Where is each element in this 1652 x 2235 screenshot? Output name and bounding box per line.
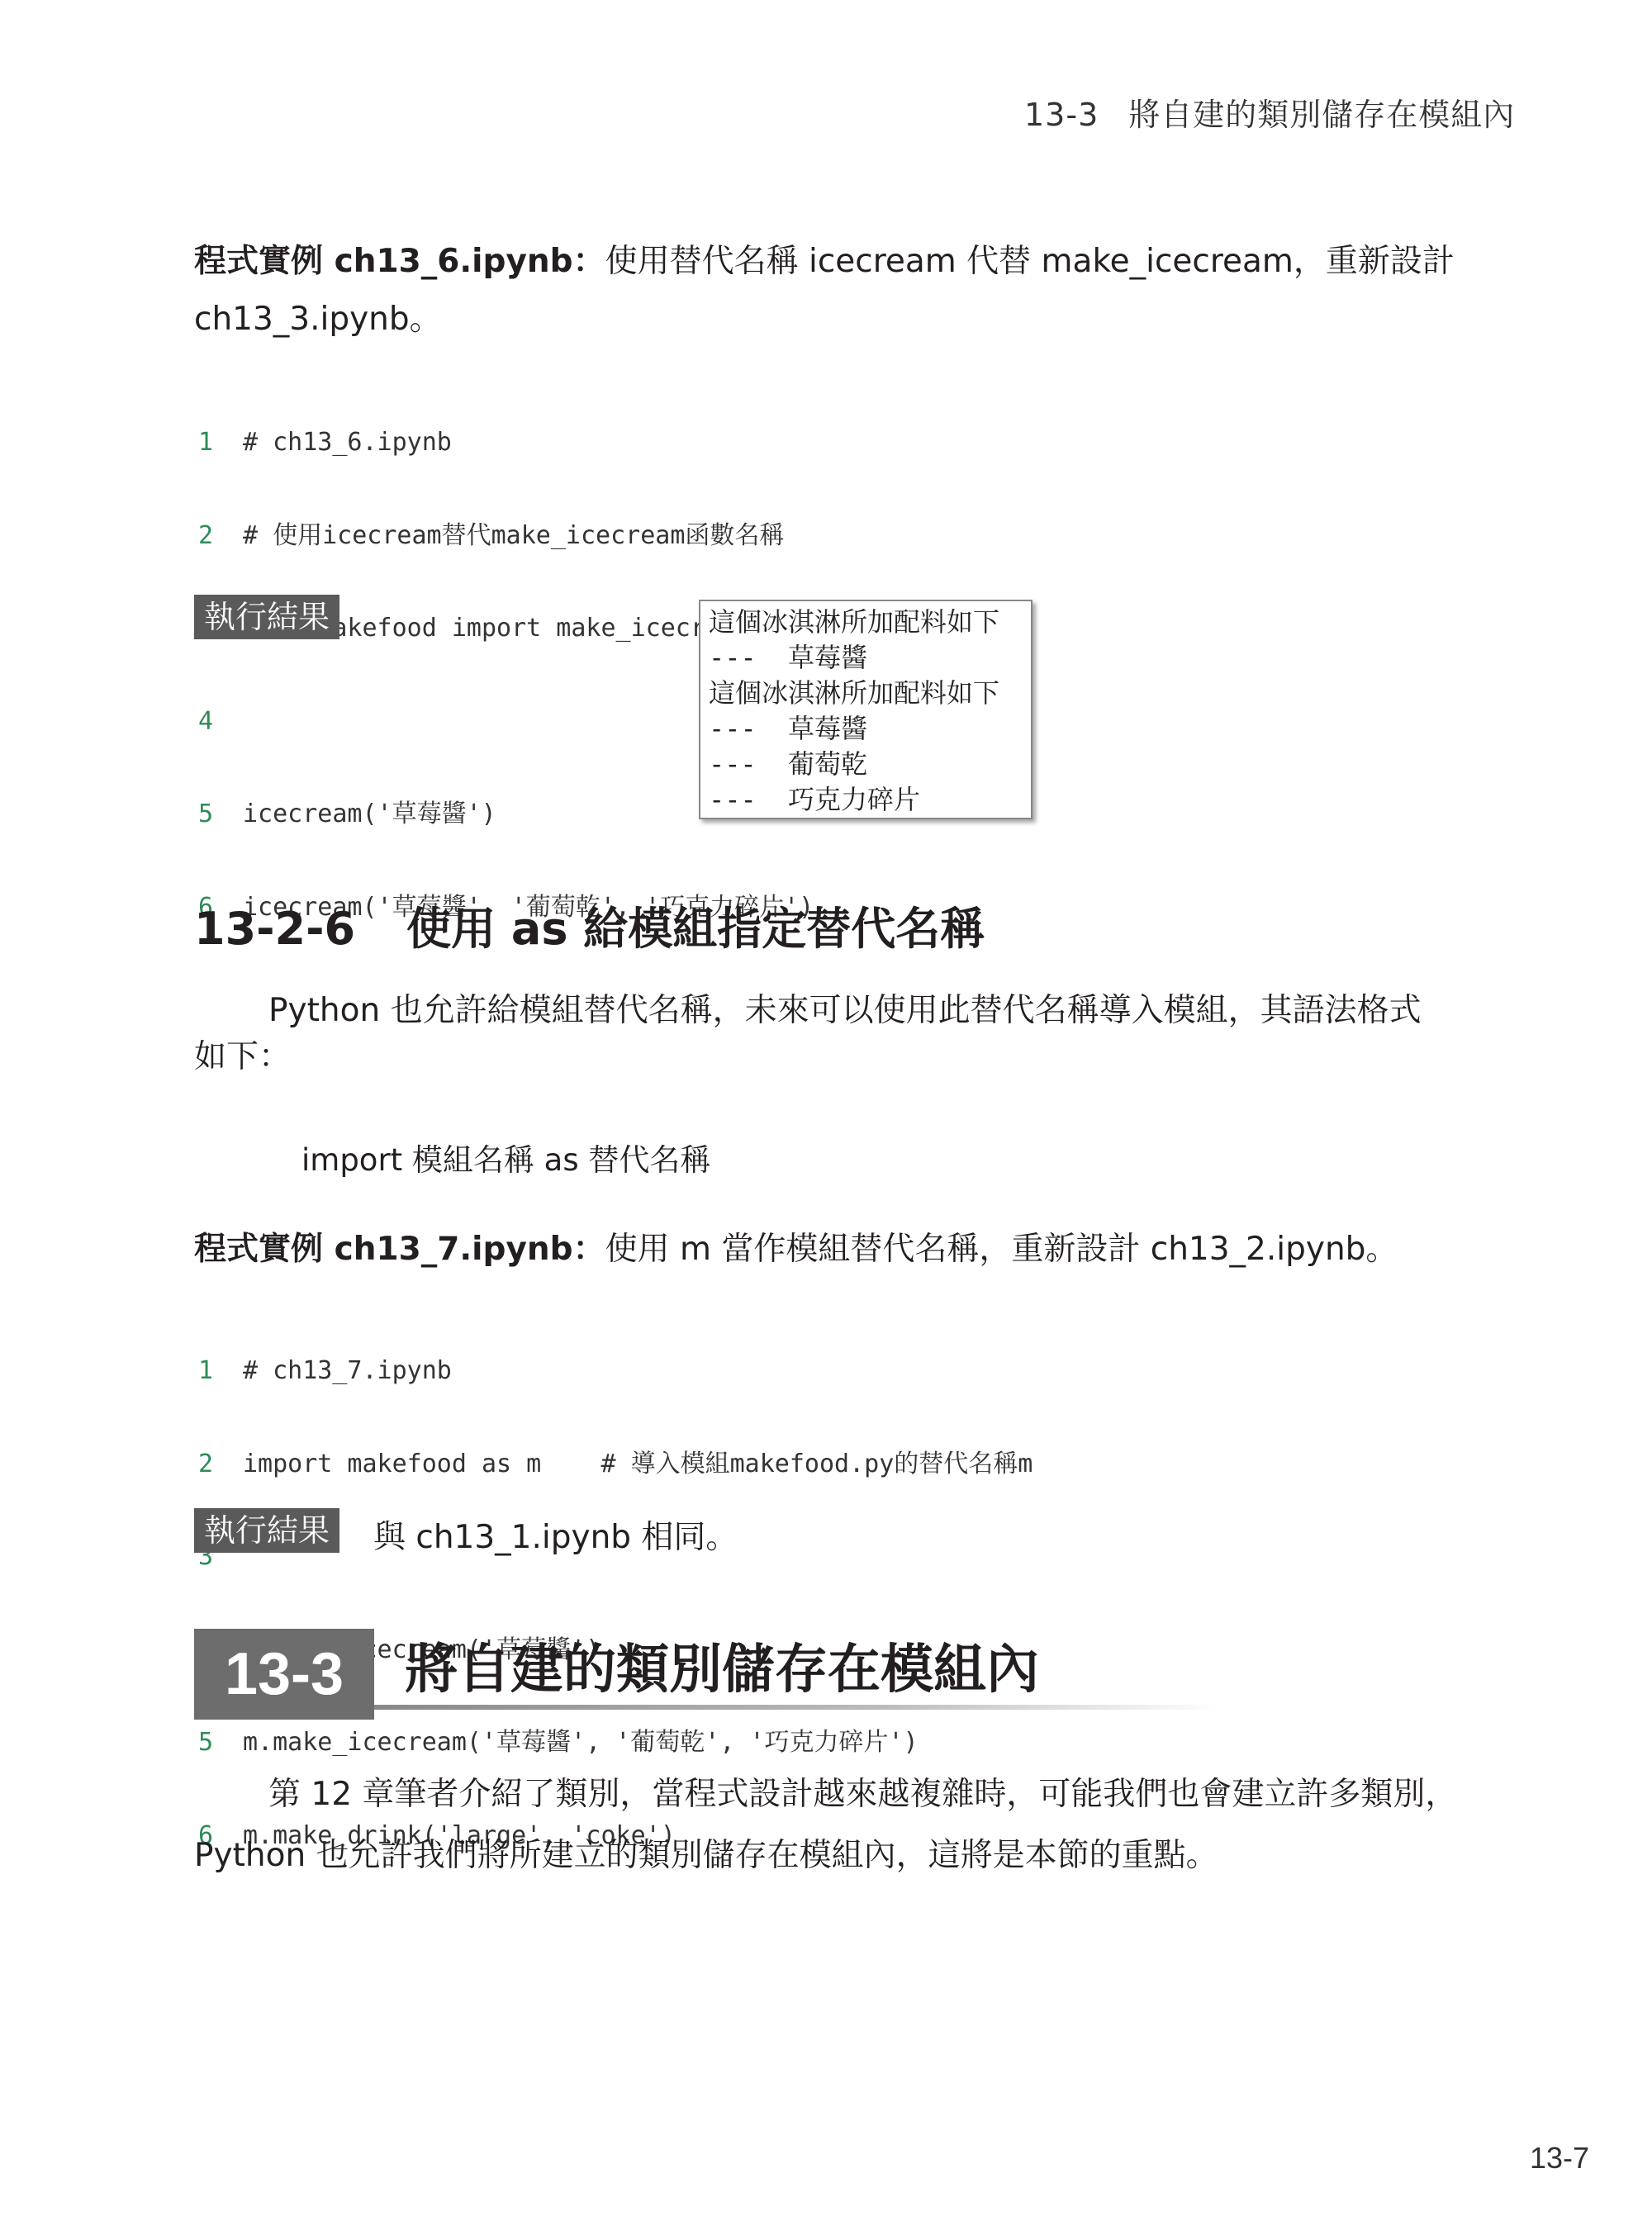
execution-result-badge: 執行結果 [194, 595, 339, 639]
chapter-section-badge: 13-3 [194, 1629, 374, 1720]
section-heading-13-3: 將自建的類別儲存在模組內 [405, 1627, 1039, 1703]
example1-description-cont: ch13_3.ipynb。 [194, 291, 1516, 349]
example1-label: 程式實例 ch13_6.ipynb [194, 243, 573, 280]
example1-caption: 程式實例 ch13_6.ipynb：使用替代名稱 icecream 代替 mak… [194, 233, 1516, 349]
output-line: ---草莓醬 [709, 711, 1031, 747]
syntax-example: import 模組名稱 as 替代名稱 [301, 1135, 710, 1179]
running-header-number: 13-3 [1024, 97, 1099, 133]
output-line: ---巧克力碎片 [709, 782, 1031, 818]
banner-underline [374, 1705, 1217, 1710]
line-number: 4 [198, 706, 243, 738]
code-line: 1# ch13_6.ipynb [198, 427, 944, 458]
output-line: 這個冰淇淋所加配料如下 [709, 605, 1031, 640]
output-line: 這個冰淇淋所加配料如下 [709, 676, 1031, 711]
line-number: 5 [198, 799, 243, 830]
line-number: 2 [198, 520, 243, 552]
section-13-3-paragraph: 第 12 章筆者介紹了類別，當程式設計越來越複雜時，可能我們也會建立許多類別， … [194, 1764, 1516, 1886]
code-line: 2import makefood as m # 導入模組makefood.py的… [198, 1449, 1032, 1480]
example2-description: 使用 m 當作模組替代名稱，重新設計 ch13_2.ipynb。 [605, 1231, 1398, 1268]
section-2-6-paragraph: Python 也允許給模組替代名稱，未來可以使用此替代名稱導入模組，其語法格式 … [194, 988, 1516, 1080]
section-title: 使用 as 給模組指定替代名稱 [406, 903, 985, 955]
output-line: ---草莓醬 [709, 640, 1031, 676]
line-number: 5 [198, 1727, 243, 1758]
output-line: ---葡萄乾 [709, 747, 1031, 782]
line-number: 2 [198, 1449, 243, 1480]
code-line: 1# ch13_7.ipynb [198, 1355, 1032, 1387]
example1-description: 使用替代名稱 icecream 代替 make_icecream，重新設計 [605, 243, 1455, 280]
code-line: 5m.make_icecream('草莓醬', '葡萄乾', '巧克力碎片') [198, 1727, 1032, 1758]
running-header: 13-3將自建的類別儲存在模組內 [1024, 89, 1515, 135]
line-number: 1 [198, 427, 243, 458]
code-line: 2# 使用icecream替代make_icecream函數名稱 [198, 520, 944, 552]
output-box: 這個冰淇淋所加配料如下 ---草莓醬 這個冰淇淋所加配料如下 ---草莓醬 --… [699, 600, 1032, 819]
page-number: 13-7 [1530, 2141, 1589, 2176]
execution-result-text: 與 ch13_1.ipynb 相同。 [373, 1511, 738, 1558]
execution-result-badge: 執行結果 [194, 1508, 339, 1553]
section-heading-13-2-6: 13-2-6使用 as 給模組指定替代名稱 [194, 894, 985, 957]
example2-label: 程式實例 ch13_7.ipynb [194, 1231, 573, 1268]
running-header-title: 將自建的類別儲存在模組內 [1128, 97, 1515, 133]
section-number: 13-2-6 [194, 903, 355, 955]
example2-caption: 程式實例 ch13_7.ipynb：使用 m 當作模組替代名稱，重新設計 ch1… [194, 1221, 1516, 1279]
line-number: 1 [198, 1355, 243, 1387]
